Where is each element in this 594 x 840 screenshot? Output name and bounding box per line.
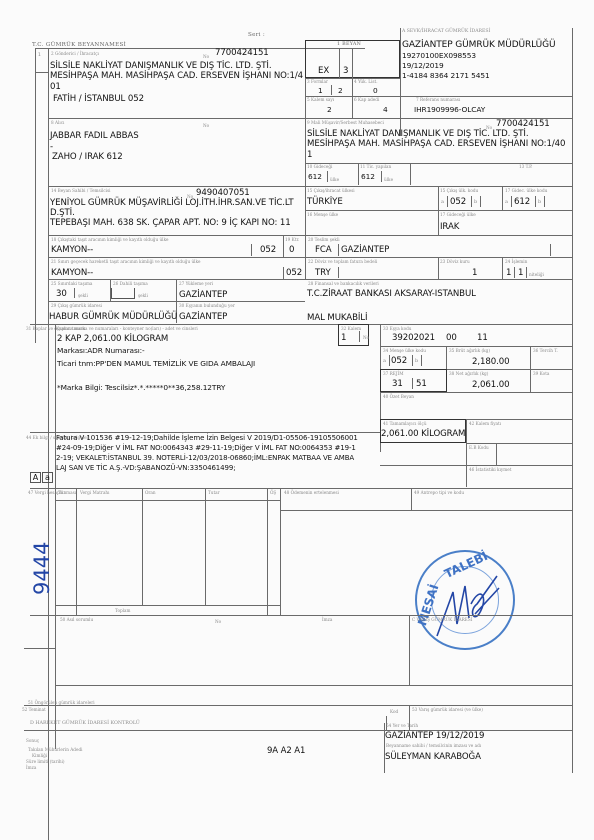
sender-address2: 01 <box>50 82 61 92</box>
financial-no: 7700424151 <box>496 119 550 129</box>
kalem-count-label: 5 Kalem sayı <box>307 97 334 102</box>
cikis-kod-b: b <box>474 199 477 205</box>
tic-divider <box>358 163 359 185</box>
kap-divider <box>352 96 353 118</box>
row-divider-2 <box>48 186 572 187</box>
mense-label: 16 Menşe ülke <box>307 212 338 217</box>
brut-value: 2,180.00 <box>472 357 509 367</box>
documents-line4: LAJ SAN VE TİC A.Ş.-VD:ŞABANOZÜ-VN:33504… <box>56 464 235 472</box>
toplam-top <box>55 605 280 606</box>
esya-kodu-c: 11 <box>477 333 488 343</box>
goods-line2: Markası:ADR Numarası:- <box>57 346 145 355</box>
cikis-kod-label: 15 Çıkış ülk. kodu <box>440 188 478 193</box>
kalem-count: 2 <box>327 105 332 114</box>
sender-label: 2 Gönderici / İhracatçı <box>51 51 99 56</box>
box-a-lower: a <box>42 472 53 483</box>
beyan-divider2 <box>352 48 353 78</box>
kur-label: 23 Döviz kuru <box>440 259 470 264</box>
beyan-code: 3 <box>343 66 348 76</box>
tax-div4 <box>267 488 268 615</box>
kimligi-label: Kimliği <box>32 753 47 758</box>
vehicle18-label: 18 Çıkıştaki taşıt aracının kimliği ve k… <box>51 237 169 242</box>
c-left <box>409 615 410 685</box>
dahili-sekli: şekli <box>138 293 148 298</box>
row-52-top <box>24 705 572 706</box>
forms-left <box>305 78 306 118</box>
esya-yer-label: 30 Eşyanın bulunduğu yer <box>179 303 235 308</box>
gid-kod-sep2 <box>535 196 536 207</box>
goods-line3: Ticari tnm:PP'DEN MAMUL TEMİZLİK VE GIDA… <box>57 359 255 368</box>
row-divider-5 <box>48 279 572 280</box>
goods-sublabel: Kaplara marka ve numaraları - konteyner … <box>56 326 198 331</box>
gid-sep <box>327 171 328 182</box>
sender-no-label: No <box>203 54 209 59</box>
teslim-sep <box>338 244 339 256</box>
consignee-no-label: No <box>203 123 209 128</box>
cikis-idare-value: HABUR GÜMRÜK MÜDÜRLÜĞÜ <box>49 312 177 322</box>
row-divider-3 <box>48 235 572 236</box>
rejim-sep <box>412 378 413 389</box>
vehicle18-country: 052 <box>260 245 276 255</box>
declarant-address: TEPEBAŞI MAH. 638 SK. ÇAPAR APT. NO: 9 İ… <box>50 218 291 228</box>
consignee-label: 8 Alıcı <box>51 120 64 125</box>
dahili-label: 26 Dahili taşıma <box>113 281 148 286</box>
fiyat-label: 42 Kalem fiyatı <box>469 421 501 426</box>
tic-sep <box>381 171 382 182</box>
mid-divider-2 <box>305 186 306 236</box>
islem-label: 24 İşlemin <box>505 259 527 264</box>
documents-line3: 2-19; VEKALET:İSTANBUL 39. NOTERLİ-12/03… <box>56 454 354 462</box>
eb-label: E.B Kodu <box>469 445 489 450</box>
tic-value: 612 <box>361 172 375 181</box>
teslim-yer: GAZİANTEP <box>341 245 389 255</box>
vehicle18: KAMYON-- <box>51 245 93 255</box>
gidecegi-value: 612 <box>308 172 322 181</box>
kap-value: 4 <box>383 105 388 114</box>
financial-label: 9 Mali Müşavir/Serbest Muhasebeci <box>307 120 384 125</box>
stamp-mesai-talebi: TALEBİ MESAİ <box>415 550 515 650</box>
tamamlayici-value: 2,061.00 KİLOGRAM <box>381 429 465 439</box>
mense-kod-value: 052 <box>391 356 407 366</box>
declarant-name: YENİYOL GÜMRÜK MÜŞAVİRLİĞİ LOJ.İTH.İHR.S… <box>50 198 294 208</box>
tax-col-matrah: Vergi Matrahı <box>80 490 109 495</box>
toplam-label: Toplam <box>115 608 130 613</box>
asil-no-label: No <box>215 619 221 624</box>
esya-kodu-label: 33 Eşya kodu <box>383 326 412 331</box>
ref-value: IHR1909996-OLCAY <box>414 105 485 114</box>
tax-col-tutar: Tutar <box>208 490 220 495</box>
gid-kod-sep3 <box>544 196 545 207</box>
tax-div3 <box>205 488 206 605</box>
gid-kod-left <box>502 186 503 211</box>
tercih-label: 36 Tercih T. <box>533 348 558 353</box>
reference-code: 1-4184 8364 2171 5451 <box>402 71 490 80</box>
sender-name: SİLSİLE NAKLİYAT DANIŞMANLIK VE DIŞ TİC.… <box>50 61 271 71</box>
row-divider-4 <box>48 257 572 258</box>
mid-divider-1 <box>305 118 306 186</box>
islem-a: 1 <box>506 268 511 278</box>
esya-yer-value: GAZİANTEP <box>179 312 227 322</box>
row-51-divider <box>55 685 572 686</box>
signer-name: SÜLEYMAN KARABOĞA <box>385 752 481 762</box>
kur-value: 1 <box>472 268 477 278</box>
sender-no: 7700424151 <box>215 48 269 58</box>
gidecegi-ulke: ülke <box>330 177 339 182</box>
goods-line4: *Marka Bilgi: Tescilsiz*.*.*****0**36,25… <box>57 383 225 392</box>
cikis-value: TÜRKİYE <box>307 197 343 207</box>
eb-top <box>466 443 572 444</box>
yer-tarih-label: 54 Yer ve Tarih <box>386 723 418 728</box>
sonuc-label: Sonuç <box>26 738 39 743</box>
d-label: D HAREKET GÜMRÜK İDARESİ KONTROLÜ <box>30 721 140 726</box>
sign-label: Beyanname sahibi / temsilcinin imzası ve… <box>386 743 481 748</box>
cikis-label: 15 Çıkış/ihracat ülkesi <box>307 188 355 193</box>
gidecegi-ulke-label: 17 Gideceği ülke <box>440 212 476 217</box>
declarant-label: 14 Beyan Sahibi / Temsilcisi <box>51 188 111 193</box>
side-divider <box>35 72 48 73</box>
mense-kod-label: 34 Menşe ülke kodu <box>383 348 426 353</box>
forms-b: 2 <box>338 86 343 95</box>
tax-col-os: ÖŞ <box>270 490 276 495</box>
dahili-input <box>111 288 135 299</box>
signature-icon <box>431 574 503 644</box>
box-a-upper: A <box>30 472 41 483</box>
tax-div2 <box>142 488 143 605</box>
net-value: 2,061.00 <box>472 380 509 390</box>
mense-top <box>305 210 572 211</box>
documents-line2: #24-09-19;Diğer V İML FAT NO:0064343 #29… <box>56 444 356 452</box>
islem-left <box>502 257 503 279</box>
teslim-value: FCA <box>315 245 332 255</box>
yukleme-label: 27 Yükleme yeri <box>179 281 213 286</box>
tp-label: 13 T.P. <box>519 164 532 169</box>
mense-a: a <box>383 358 386 364</box>
frame-left <box>35 48 36 343</box>
vehicle21-sep <box>283 267 284 279</box>
tax-div5 <box>280 488 281 615</box>
forms-label: 3 Formlar <box>307 79 328 84</box>
gid-kod-sep1 <box>511 196 512 207</box>
istatistik-label: 46 İstatistiki kıymet <box>469 467 511 472</box>
declarant-no: 9490407051 <box>196 188 250 198</box>
banka-label: 28 Finansal ve bankacılık verileri <box>308 281 379 286</box>
cikis-kod-sep2 <box>471 196 472 207</box>
row-divider-1 <box>48 118 572 119</box>
net-label: 38 Net ağırlık (kg) <box>449 371 488 376</box>
office-name: GAZİANTEP GÜMRÜK MÜDÜRLÜĞÜ <box>402 40 555 50</box>
consignee-dash: - <box>50 142 53 152</box>
teslim-end <box>550 244 551 256</box>
stamp-area-top <box>280 510 572 511</box>
doviz-sep <box>338 267 339 278</box>
vehicle21-label: 21 Sınırı geçecek hareketli taşıt aracın… <box>51 259 201 264</box>
seri-label: Seri : <box>248 32 265 38</box>
muhur-label: Takılan Mühürlerin Adedi <box>28 747 82 752</box>
sure-label: Süre limiti (tarihi) <box>26 759 65 764</box>
row-divider-goods <box>30 324 572 325</box>
rejim-b: 51 <box>416 379 427 389</box>
cikis-kod-sep1 <box>447 196 448 207</box>
documents-top <box>30 432 380 433</box>
tax-div1 <box>76 488 77 615</box>
gid-kod-a: a <box>505 199 508 205</box>
cikis-kod-sep3 <box>480 196 481 207</box>
islem-b: 1 <box>518 268 523 278</box>
beyan-label: 1 BEYAN <box>337 42 361 47</box>
ktr-left <box>283 235 284 257</box>
banka-value: T.C.ZİRAAT BANKASI AKSARAY-ISTANBUL <box>307 289 476 299</box>
islem-sep1 <box>514 267 515 278</box>
tp-left <box>410 163 411 185</box>
side-mark: 1 <box>38 53 41 58</box>
kalem-no: No <box>363 335 369 340</box>
office-divider <box>400 28 401 136</box>
islem-niteligi: niteliği <box>529 272 544 277</box>
rejim-label: 37 REJİM <box>383 371 404 376</box>
codes: 9A A2 A1 <box>267 746 305 756</box>
forms-a: 1 <box>318 86 323 95</box>
esya-kodu-b: 00 <box>446 333 457 343</box>
sinir-value: 30 <box>56 289 67 299</box>
odeme-value: MAL MUKABİLİ <box>307 313 367 323</box>
gid-kod-b: b <box>538 199 541 205</box>
sinir-label: 25 Sınırdaki taşıma <box>51 281 92 286</box>
tax-top <box>30 488 572 489</box>
declarant-name2: D.ŞTİ. <box>50 208 75 218</box>
asil-sorumlu-label: 50 Asıl sorumlu <box>60 617 93 622</box>
documents-line1: Fatura V 101536 #19-12-19;Dahilde İşleme… <box>56 434 358 442</box>
mense-sep3 <box>421 355 422 366</box>
rejim-a: 31 <box>392 379 403 389</box>
gid-kod-value: 612 <box>514 197 530 207</box>
vehicle21: KAMYON-- <box>51 268 93 278</box>
sinir-sekli: şekli <box>78 293 88 298</box>
ozet-top <box>380 392 572 393</box>
financial-address2: 1 <box>307 150 312 160</box>
financial-name: SİLSİLE NAKLİYAT DANIŞMANLIK VE DIŞ TİC.… <box>307 129 528 139</box>
eb-right <box>496 443 497 465</box>
mense-row-top <box>380 346 572 347</box>
esya-kodu: 39202021 <box>392 333 435 343</box>
goods-line1: 2 KAP 2,061.00 KİLOGRAM <box>57 334 168 344</box>
doviz-value: TRY <box>315 268 331 278</box>
vehicle21-country: 052 <box>286 268 302 278</box>
tax-label: 47 Vergi hesaplanması <box>28 490 76 495</box>
tax-col-tur: Tür <box>58 490 66 495</box>
kalem-value: 1 <box>341 333 346 343</box>
row-51-left <box>24 648 55 649</box>
cikis-idare-label: 29 Çıkış gümrük idaresi <box>51 303 102 308</box>
istatistik-top <box>380 465 572 466</box>
cikis-kod-a: a <box>441 199 444 205</box>
row-d-top <box>24 730 572 731</box>
registration-no: 19270100EX098553 <box>402 51 476 60</box>
tax-header-line <box>55 500 280 501</box>
declaration-date: 19/12/2019 <box>402 61 444 70</box>
vehicle18-sep <box>251 244 252 256</box>
mense-sep2 <box>412 355 413 366</box>
consignee-city: ZAHO / IRAK 612 <box>52 152 123 162</box>
kap-label: 6 Kap adedi <box>354 97 379 102</box>
antrepo-left <box>411 488 412 510</box>
cikis-kod-value: 052 <box>450 197 466 207</box>
row-50-top <box>30 615 572 616</box>
yuk-label: 4 Yük. List. <box>354 79 378 84</box>
beyan-divider1 <box>339 48 340 78</box>
kod-label: Kod <box>390 709 398 714</box>
tic-label: 11 Tic. yapılan <box>360 164 391 169</box>
row-divider-6 <box>48 301 305 302</box>
yer-tarih-value: GAZİANTEP 19/12/2019 <box>385 731 484 741</box>
islem-sep2 <box>526 267 527 278</box>
gidecegi-label: 10 Gideceği <box>307 164 332 169</box>
teslim-label: 20 Teslim şekli <box>308 237 340 242</box>
doviz-label: 22 Döviz ve toplam fatura bedeli <box>308 259 377 264</box>
kota-label: 39 Kota <box>533 371 549 376</box>
antrepo-label: 49 Antrepo tipi ve kodu <box>414 490 464 495</box>
imza2-label: İmza <box>26 765 36 770</box>
ref-label: 7 Referans numarası <box>416 97 460 102</box>
yukleme-value: GAZİANTEP <box>179 290 227 300</box>
sender-city: FATİH / İSTANBUL 052 <box>53 94 144 104</box>
fiyat-left <box>466 419 467 487</box>
ozet-label: 40 Özet Beyan <box>383 394 414 399</box>
office-label: A SEVK/İHRACAT GÜMRÜK İDARESİ <box>402 29 490 34</box>
cikis-kod-left <box>438 186 439 236</box>
sender-address1: MESİHPAŞA MAH. MASİHPAŞA CAD. ERSEVEN İŞ… <box>50 71 303 81</box>
ktr-label: 19 Ktr. <box>285 237 299 242</box>
beyan-type: EX <box>318 66 329 76</box>
varis-label: 53 Varış gümrük idaresi (ve ülke) <box>412 707 483 712</box>
sinir-sep <box>74 288 75 298</box>
mense-sep1 <box>389 355 390 366</box>
erteleme-label: 48 Ödemenin ertelenmesi <box>284 490 339 495</box>
ktr-value: 0 <box>289 245 294 255</box>
brut-label: 35 Brüt ağırlık (kg) <box>449 348 490 353</box>
c-label: C VARIŞ GÜMRÜK İDARESİ <box>412 617 472 622</box>
consignee-name: JABBAR FADIL ABBAS <box>50 131 139 141</box>
tic-ulke: ülke <box>384 177 393 182</box>
handwritten-number: 9444 <box>30 542 54 595</box>
forms-sep <box>331 85 332 95</box>
mense-b: b <box>415 358 418 364</box>
forms-divider <box>352 78 353 96</box>
gidecegi-ulke-value: IRAK <box>440 222 459 232</box>
kur-left <box>438 257 439 279</box>
asil-imza-label: İmza <box>322 617 332 622</box>
gid-kod-label: 17 Gidec. ülke kodu <box>505 188 547 193</box>
kalem-sep <box>359 331 360 342</box>
teminat-label: 52 Teminat <box>22 707 46 712</box>
frame-right <box>572 28 573 773</box>
tax-col-oran: Oran <box>145 490 156 495</box>
financial-address1: MESİHPAŞA MAH. MASİHPAŞA CAD. ERSEVEN İŞ… <box>307 139 565 149</box>
yuk-value: 0 <box>373 86 378 95</box>
